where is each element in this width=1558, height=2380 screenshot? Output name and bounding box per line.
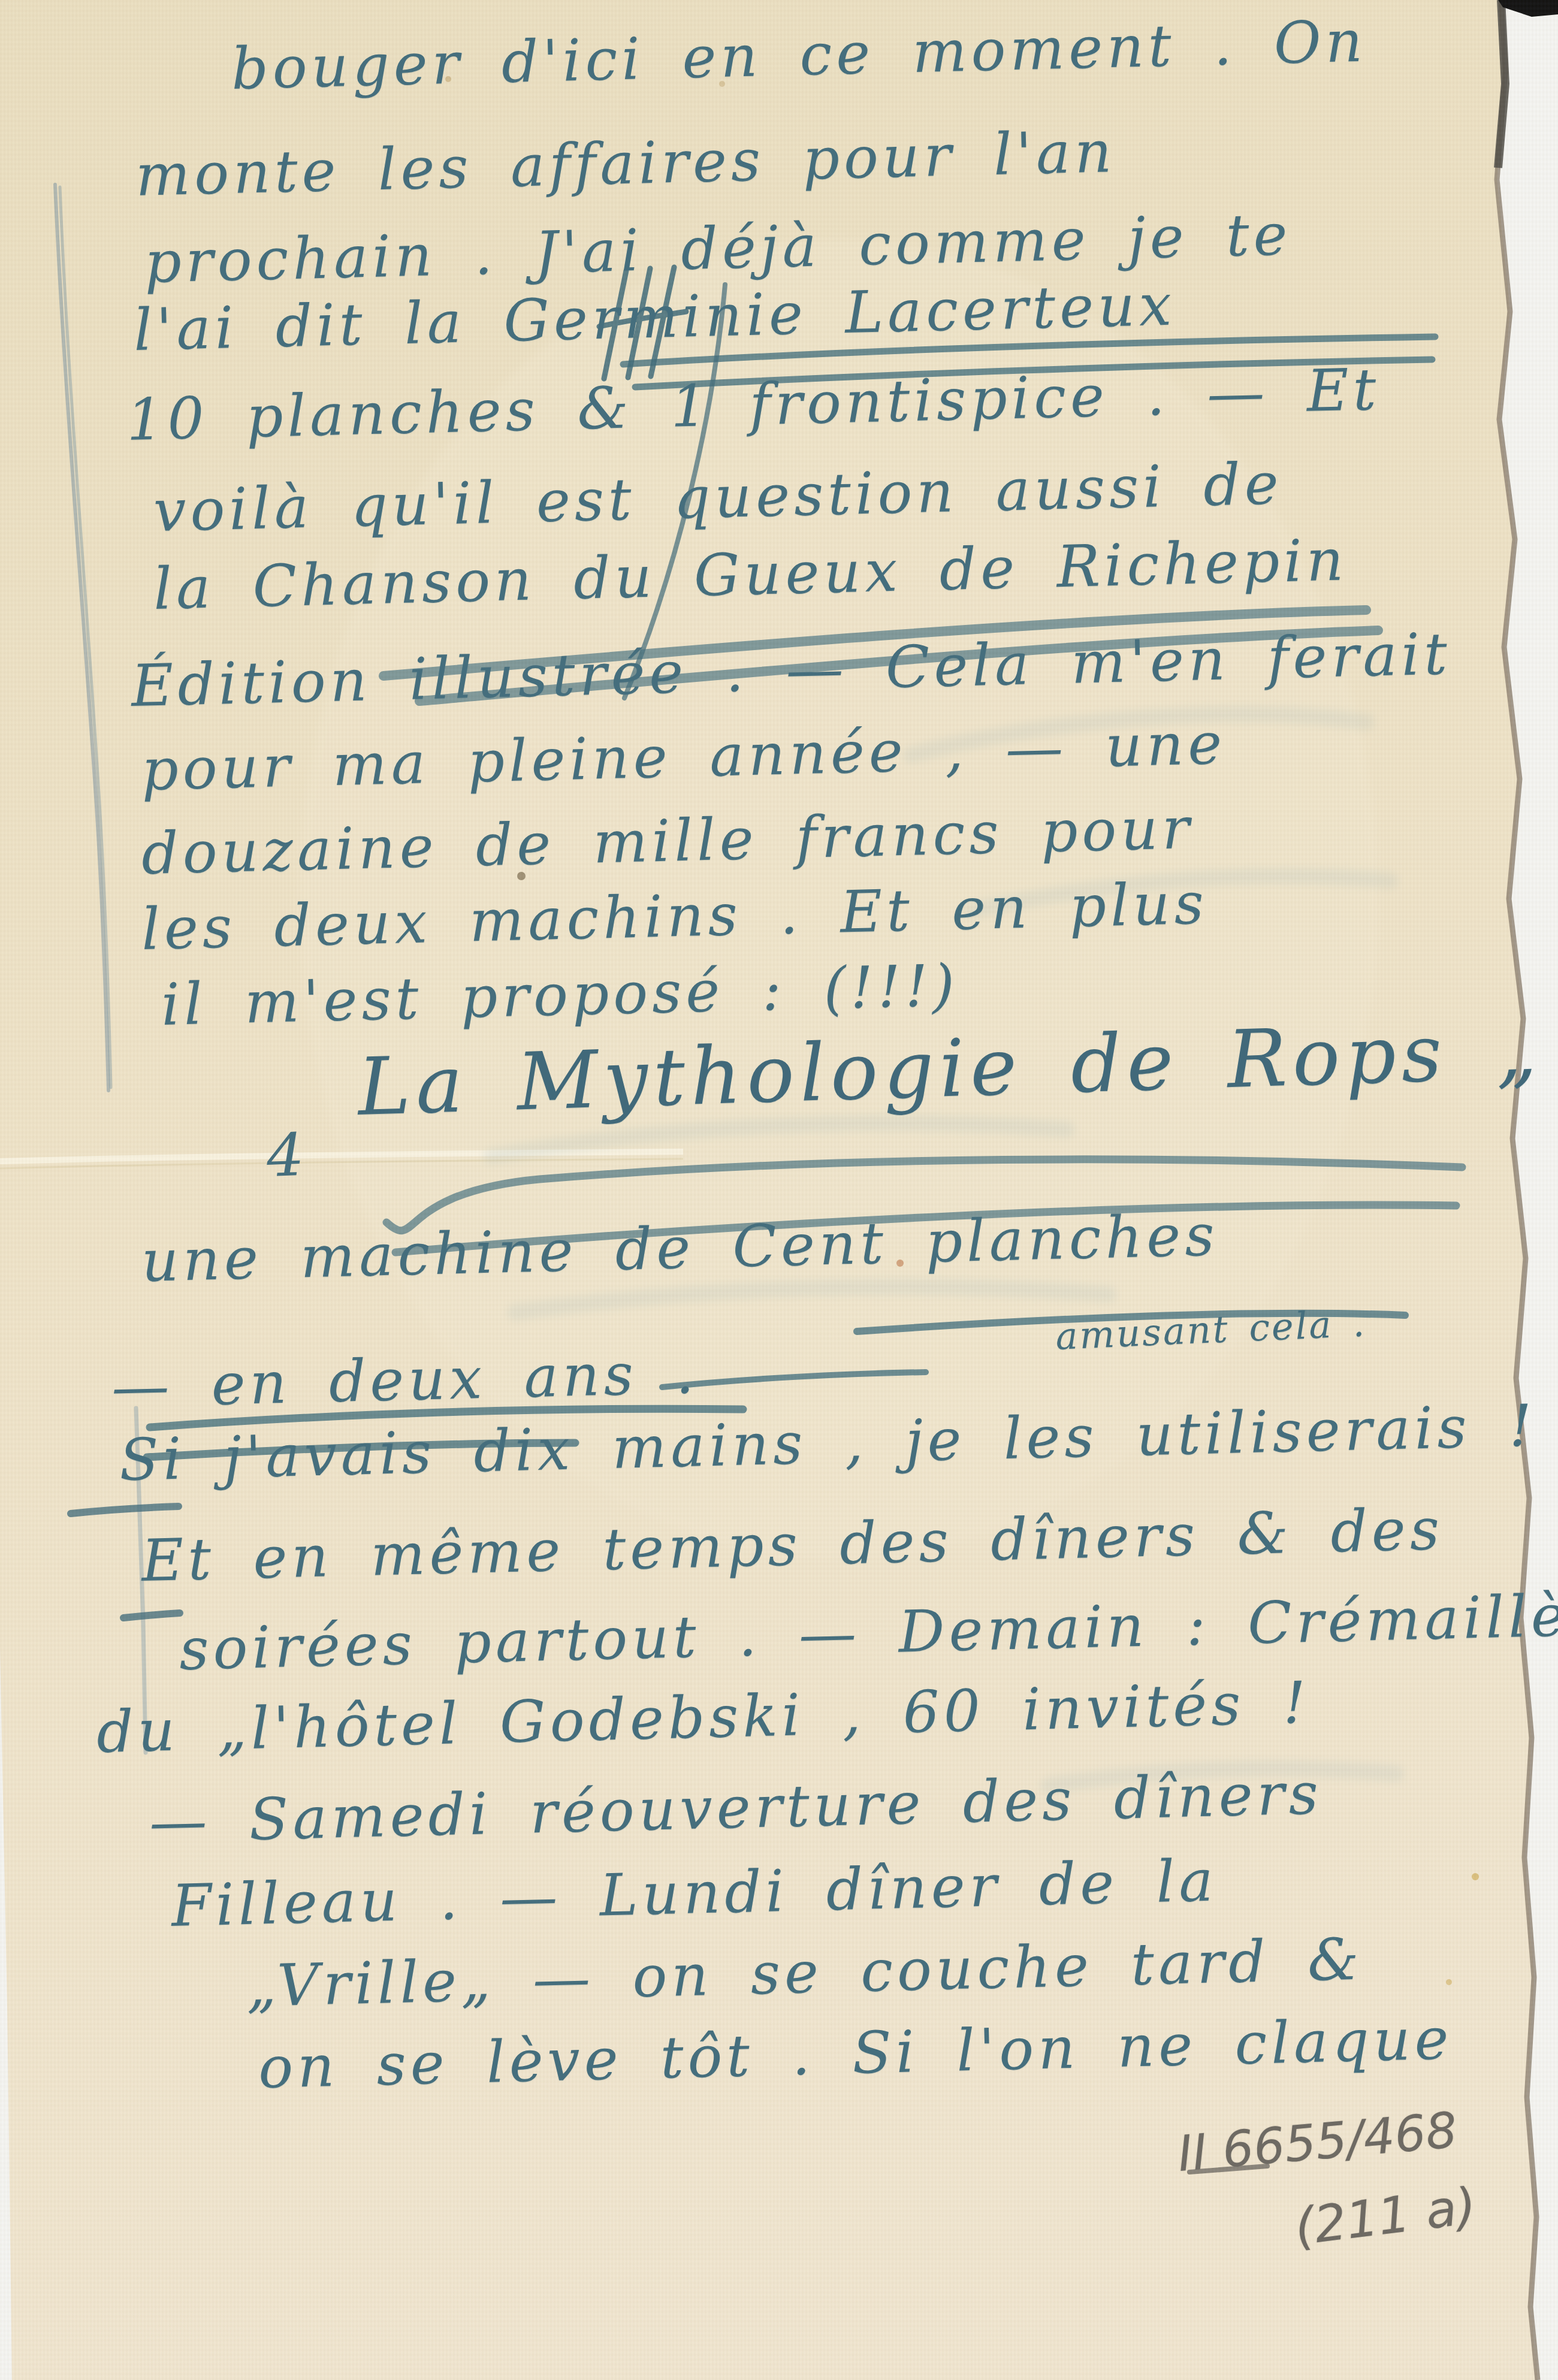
page-number: 4 — [265, 1121, 305, 1191]
handwriting-line: — en deux ans . — [111, 1341, 699, 1419]
scanner-corner-mark — [1498, 0, 1558, 17]
scanned-letter-page: bouger d'ici en ce moment . Onmonte les … — [0, 0, 1558, 2380]
